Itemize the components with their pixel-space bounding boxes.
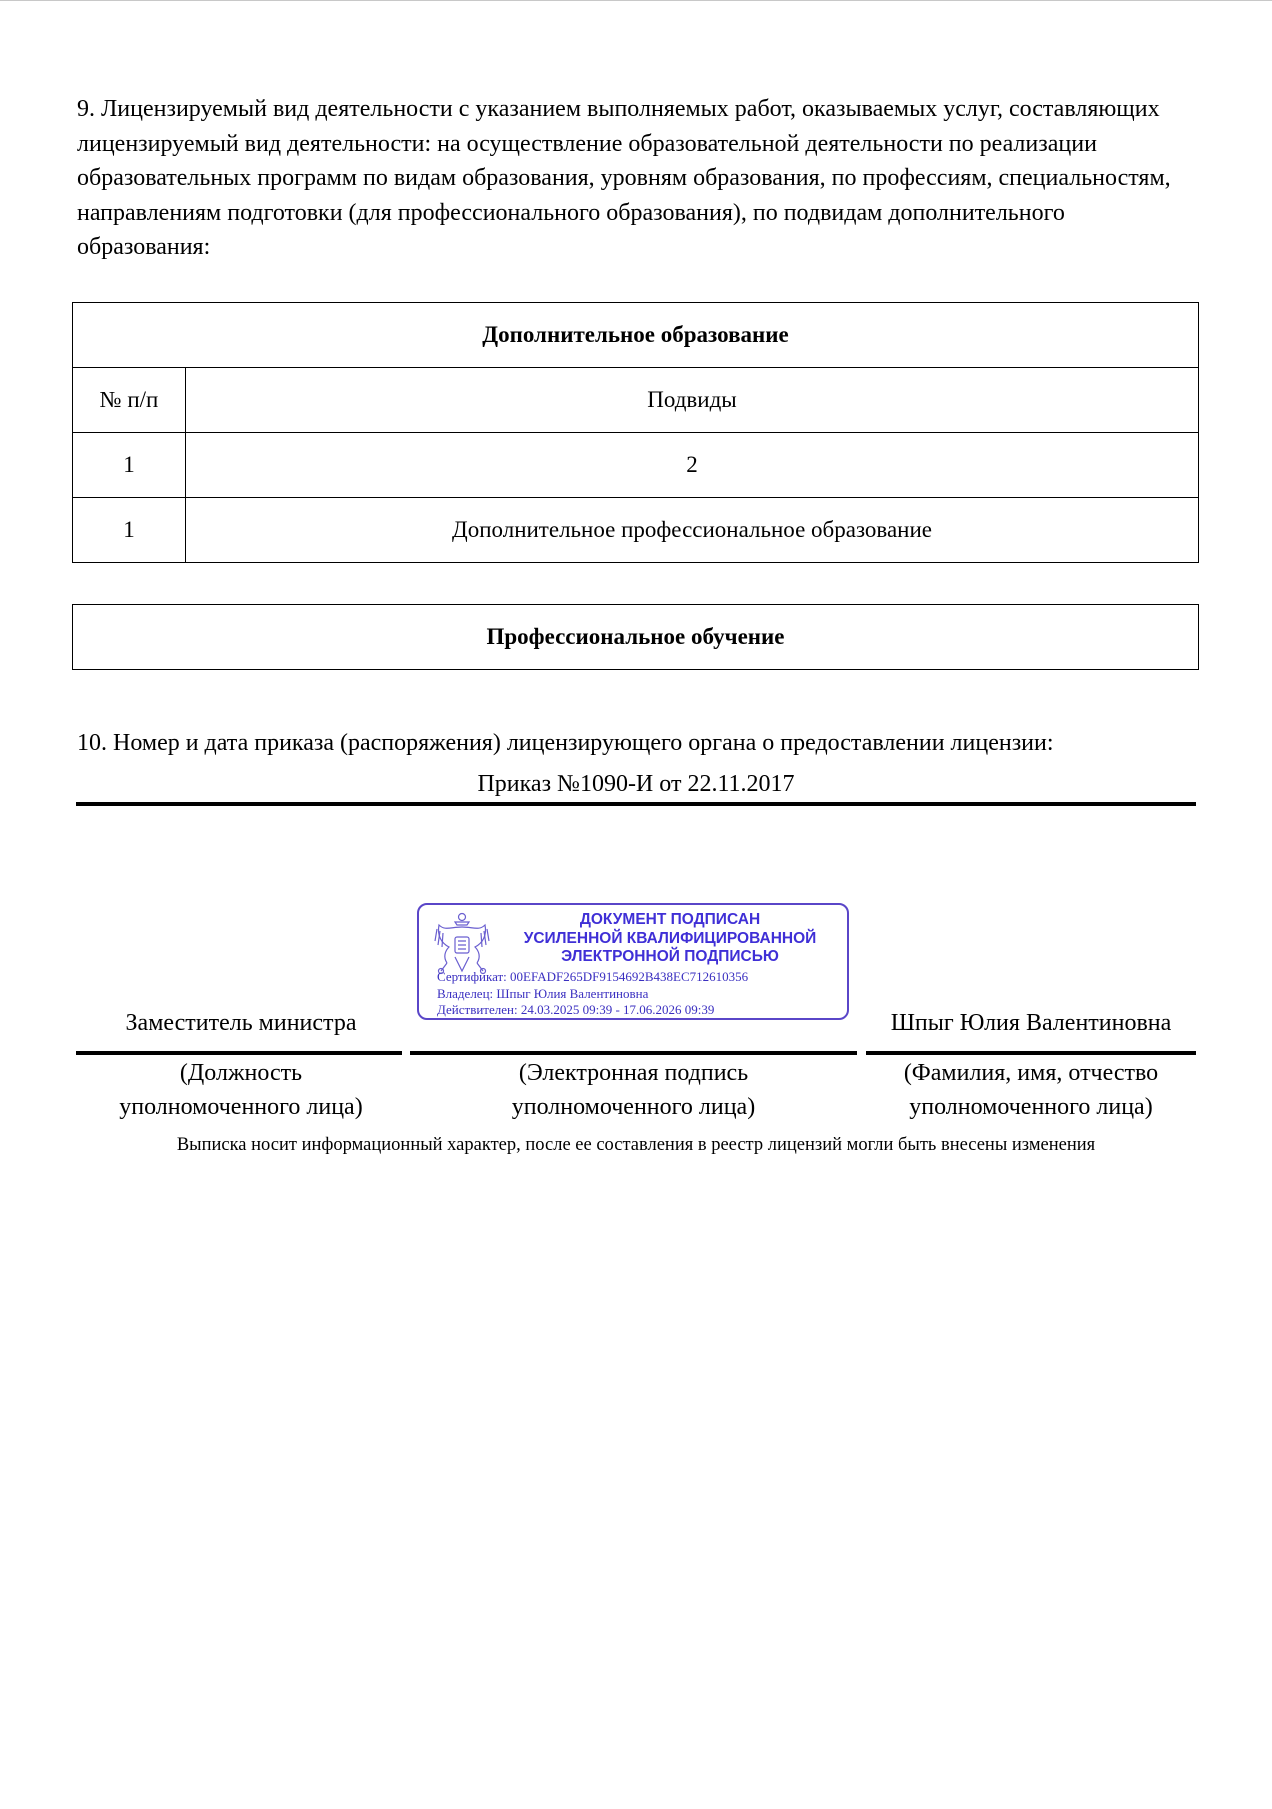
caption-line: уполномоченного лица)	[866, 1090, 1196, 1124]
footer-disclaimer: Выписка носит информационный характер, п…	[76, 1133, 1196, 1157]
page-top-border	[0, 0, 1272, 1]
caption-line: (Электронная подпись	[410, 1056, 857, 1090]
signer-position: Заместитель министра	[76, 1008, 406, 1038]
table-cell: 1	[73, 498, 186, 563]
table-row: 1 Дополнительное профессиональное образо…	[73, 498, 1199, 563]
table-cell: 1	[73, 433, 186, 498]
name-underline	[866, 1051, 1196, 1055]
table-title-row: Профессиональное обучение	[73, 605, 1199, 670]
stamp-heading-line: УСИЛЕННОЙ КВАЛИФИЦИРОВАННОЙ	[499, 930, 841, 949]
section-10-label: 10. Номер и дата приказа (распоряжения) …	[77, 728, 1054, 758]
table-header-row: № п/п Подвиды	[73, 368, 1199, 433]
column-header-number: № п/п	[73, 368, 186, 433]
column-header-subtypes: Подвиды	[186, 368, 1199, 433]
stamp-certificate: Сертификат: 00EFADF265DF9154692B438EC712…	[437, 969, 748, 986]
russian-coat-of-arms-icon	[431, 911, 493, 977]
order-underline	[76, 802, 1196, 806]
caption-line: (Должность	[76, 1056, 406, 1090]
caption-line: (Фамилия, имя, отчество	[866, 1056, 1196, 1090]
signer-name: Шпыг Юлия Валентиновна	[866, 1008, 1196, 1038]
stamp-heading: ДОКУМЕНТ ПОДПИСАН УСИЛЕННОЙ КВАЛИФИЦИРОВ…	[499, 911, 841, 967]
stamp-heading-line: ЭЛЕКТРОННОЙ ПОДПИСЬЮ	[499, 948, 841, 967]
table-cell: 2	[186, 433, 1199, 498]
position-caption: (Должность уполномоченного лица)	[76, 1056, 406, 1124]
table-row: 1 2	[73, 433, 1199, 498]
table-title: Дополнительное образование	[73, 303, 1199, 368]
table-title-row: Дополнительное образование	[73, 303, 1199, 368]
caption-line: уполномоченного лица)	[76, 1090, 406, 1124]
electronic-signature-stamp: ДОКУМЕНТ ПОДПИСАН УСИЛЕННОЙ КВАЛИФИЦИРОВ…	[417, 903, 849, 1020]
professional-training-table: Профессиональное обучение	[72, 604, 1199, 670]
section-9-text: 9. Лицензируемый вид деятельности с указ…	[77, 92, 1197, 265]
stamp-details: Сертификат: 00EFADF265DF9154692B438EC712…	[437, 969, 748, 1019]
stamp-heading-line: ДОКУМЕНТ ПОДПИСАН	[499, 911, 841, 930]
order-number-date: Приказ №1090-И от 22.11.2017	[76, 769, 1196, 799]
caption-line: уполномоченного лица)	[410, 1090, 857, 1124]
signature-caption: (Электронная подпись уполномоченного лиц…	[410, 1056, 857, 1124]
stamp-owner: Владелец: Шпыг Юлия Валентиновна	[437, 986, 748, 1003]
table-cell: Дополнительное профессиональное образова…	[186, 498, 1199, 563]
table-title: Профессиональное обучение	[73, 605, 1199, 670]
position-underline	[76, 1051, 402, 1055]
stamp-validity: Действителен: 24.03.2025 09:39 - 17.06.2…	[437, 1002, 748, 1019]
additional-education-table: Дополнительное образование № п/п Подвиды…	[72, 302, 1199, 563]
name-caption: (Фамилия, имя, отчество уполномоченного …	[866, 1056, 1196, 1124]
signature-underline	[410, 1051, 857, 1055]
